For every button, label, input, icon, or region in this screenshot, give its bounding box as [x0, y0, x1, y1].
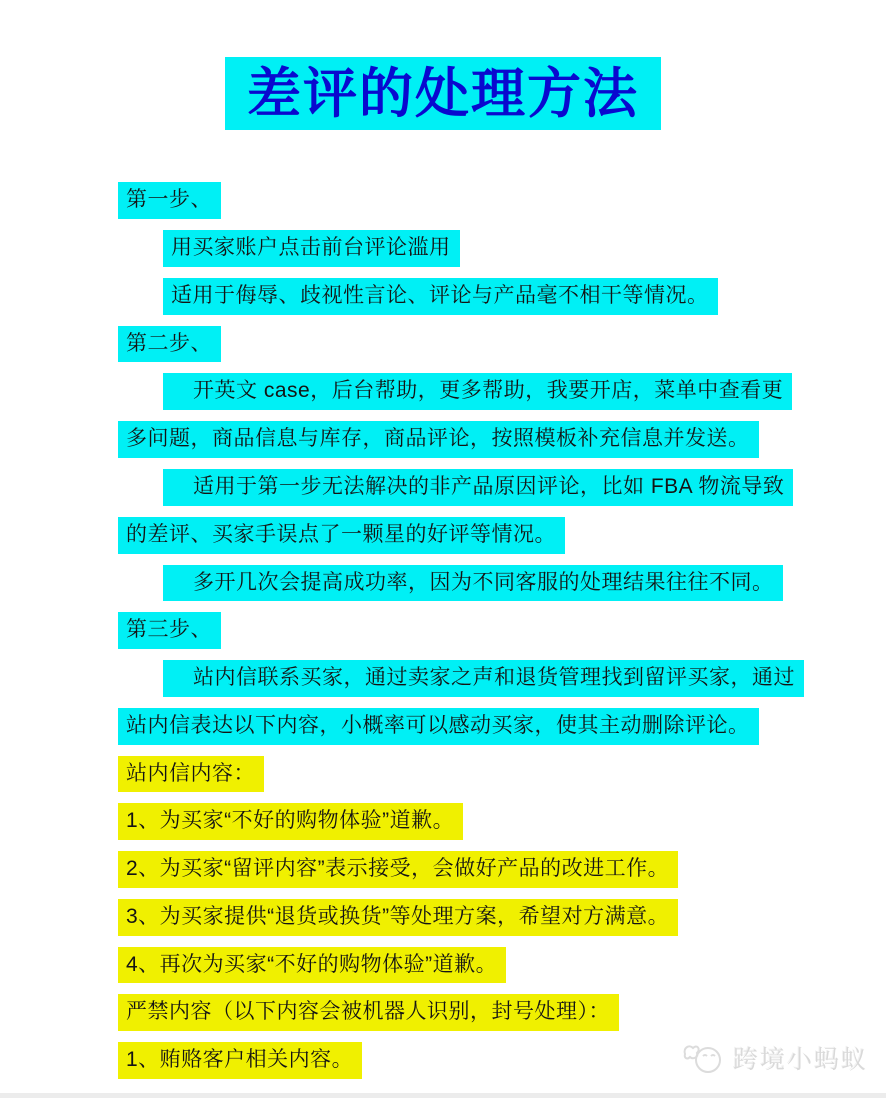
text-line: 开英文 case，后台帮助，更多帮助，我要开店，菜单中查看更: [163, 373, 796, 410]
highlighted-text: 多问题，商品信息与库存，商品评论，按照模板补充信息并发送。: [118, 421, 759, 458]
section-heading-line: 站内信内容：: [118, 756, 796, 793]
text-line: 站内信表达以下内容，小概率可以感动买家，使其主动删除评论。: [118, 708, 796, 745]
page-title: 差评的处理方法: [225, 57, 661, 130]
highlighted-text: 第一步、: [118, 182, 221, 219]
highlighted-text: 第二步、: [118, 326, 221, 363]
highlighted-text: 3、为买家提供“退货或换货”等处理方案，希望对方满意。: [118, 899, 678, 936]
ant-mascot-icon: [681, 1040, 725, 1076]
document-page: 差评的处理方法 第一步、 用买家账户点击前台评论滥用 适用于侮辱、歧视性言论、评…: [0, 0, 886, 1098]
text-line: 多开几次会提高成功率，因为不同客服的处理结果往往不同。: [163, 565, 796, 602]
text-line: 的差评、买家手误点了一颗星的好评等情况。: [118, 517, 796, 554]
highlighted-text: 第三步、: [118, 612, 221, 649]
title-row: 差评的处理方法: [0, 0, 886, 130]
highlighted-text: 严禁内容（以下内容会被机器人识别，封号处理）：: [118, 994, 619, 1031]
highlighted-text: 开英文 case，后台帮助，更多帮助，我要开店，菜单中查看更: [163, 373, 792, 410]
step-heading-line: 第一步、: [118, 182, 796, 219]
step-heading-line: 第二步、: [118, 326, 796, 363]
highlighted-text: 站内信联系买家，通过卖家之声和退货管理找到留评买家，通过: [163, 660, 804, 697]
highlighted-text: 站内信内容：: [118, 756, 264, 793]
highlighted-text: 的差评、买家手误点了一颗星的好评等情况。: [118, 517, 565, 554]
highlighted-text: 1、贿赂客户相关内容。: [118, 1042, 362, 1079]
watermark-text: 跨境小蚂蚁: [733, 1040, 868, 1076]
text-line: 站内信联系买家，通过卖家之声和退货管理找到留评买家，通过: [163, 660, 796, 697]
document-body: 第一步、 用买家账户点击前台评论滥用 适用于侮辱、歧视性言论、评论与产品毫不相干…: [0, 182, 886, 1079]
text-line: 适用于第一步无法解决的非产品原因评论，比如 FBA 物流导致: [163, 469, 796, 506]
highlighted-text: 2、为买家“留评内容”表示接受，会做好产品的改进工作。: [118, 851, 678, 888]
highlighted-text: 多开几次会提高成功率，因为不同客服的处理结果往往不同。: [163, 565, 783, 602]
highlighted-text: 适用于侮辱、歧视性言论、评论与产品毫不相干等情况。: [163, 278, 718, 315]
list-item: 4、再次为买家“不好的购物体验”道歉。: [118, 947, 796, 984]
highlighted-text: 适用于第一步无法解决的非产品原因评论，比如 FBA 物流导致: [163, 469, 793, 506]
text-line: 用买家账户点击前台评论滥用: [163, 230, 796, 267]
highlighted-text: 1、为买家“不好的购物体验”道歉。: [118, 803, 463, 840]
section-heading-line: 严禁内容（以下内容会被机器人识别，封号处理）：: [118, 994, 796, 1031]
page-bottom-divider: [0, 1093, 886, 1098]
highlighted-text: 4、再次为买家“不好的购物体验”道歉。: [118, 947, 506, 984]
text-line: 适用于侮辱、歧视性言论、评论与产品毫不相干等情况。: [163, 278, 796, 315]
list-item: 1、为买家“不好的购物体验”道歉。: [118, 803, 796, 840]
text-line: 多问题，商品信息与库存，商品评论，按照模板补充信息并发送。: [118, 421, 796, 458]
watermark: 跨境小蚂蚁: [681, 1040, 868, 1076]
highlighted-text: 站内信表达以下内容，小概率可以感动买家，使其主动删除评论。: [118, 708, 759, 745]
step-heading-line: 第三步、: [118, 612, 796, 649]
highlighted-text: 用买家账户点击前台评论滥用: [163, 230, 460, 267]
list-item: 2、为买家“留评内容”表示接受，会做好产品的改进工作。: [118, 851, 796, 888]
list-item: 3、为买家提供“退货或换货”等处理方案，希望对方满意。: [118, 899, 796, 936]
